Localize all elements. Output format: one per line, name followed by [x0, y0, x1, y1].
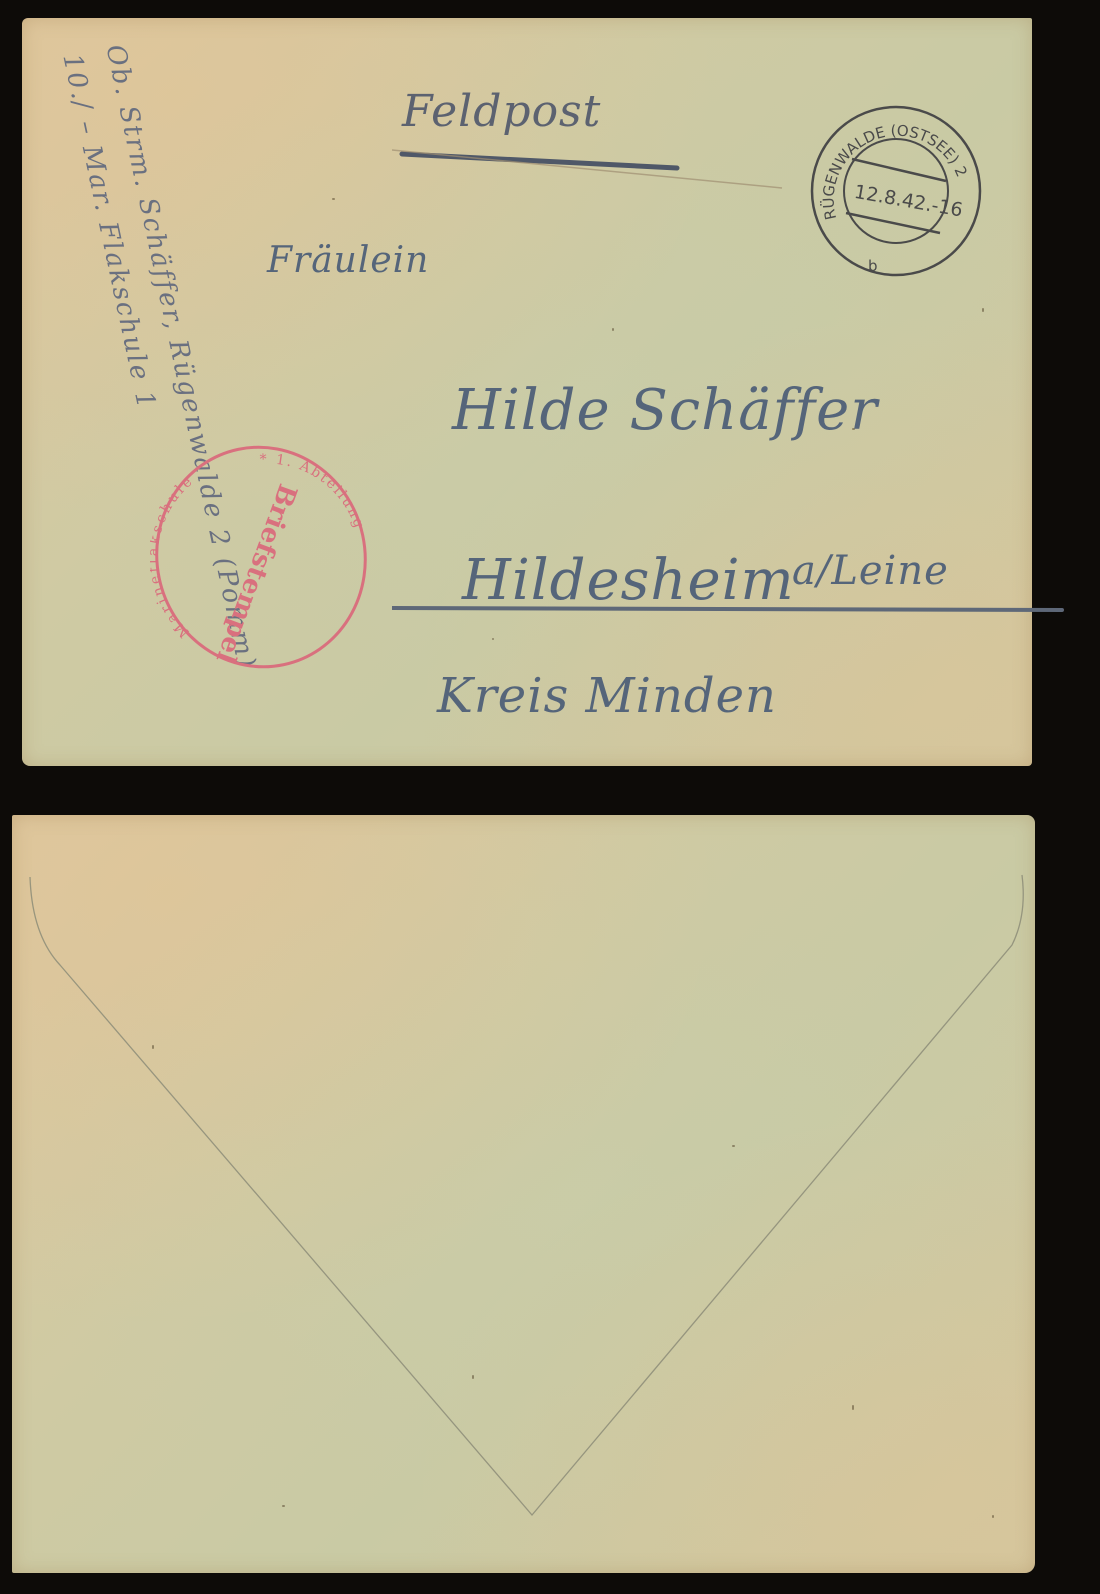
recipient-name: Hilde Schäffer — [452, 378, 878, 443]
feldpost-marking: Feldpost — [402, 86, 601, 137]
unit-stamp-ring-bottom: Marineflakschule — [150, 472, 198, 640]
unit-stamp-center-text: Briefstempel — [210, 480, 303, 668]
envelope-flap — [12, 815, 1035, 1573]
svg-text:Marineflakschule: Marineflakschule — [150, 472, 198, 640]
envelope-front: Feldpost Fräulein Hilde Schäffer Hildesh… — [22, 18, 1032, 766]
paper-speck — [612, 328, 614, 331]
recipient-town-suffix: a/Leine — [792, 548, 949, 594]
feldpost-underline — [392, 148, 792, 198]
unit-stamp: Briefstempel * 1. Abteilung Marineflaksc… — [150, 442, 372, 672]
paper-speck — [282, 1505, 285, 1507]
postmark-stamp: RÜGENWALDE (OSTSEE) 2 12.8.42.-16 b — [808, 103, 984, 279]
recipient-salutation: Fräulein — [267, 240, 429, 281]
paper-speck — [332, 198, 335, 200]
paper-speck — [152, 1045, 154, 1049]
town-underline — [392, 598, 1072, 618]
envelope-back — [12, 815, 1035, 1573]
paper-speck — [492, 638, 494, 640]
postmark-sub-letter: b — [868, 257, 878, 275]
recipient-district: Kreis Minden — [437, 668, 777, 724]
paper-speck — [732, 1145, 735, 1147]
paper-speck — [472, 1375, 474, 1379]
paper-speck — [992, 1515, 994, 1518]
paper-speck — [982, 308, 984, 312]
paper-speck — [852, 1405, 854, 1410]
